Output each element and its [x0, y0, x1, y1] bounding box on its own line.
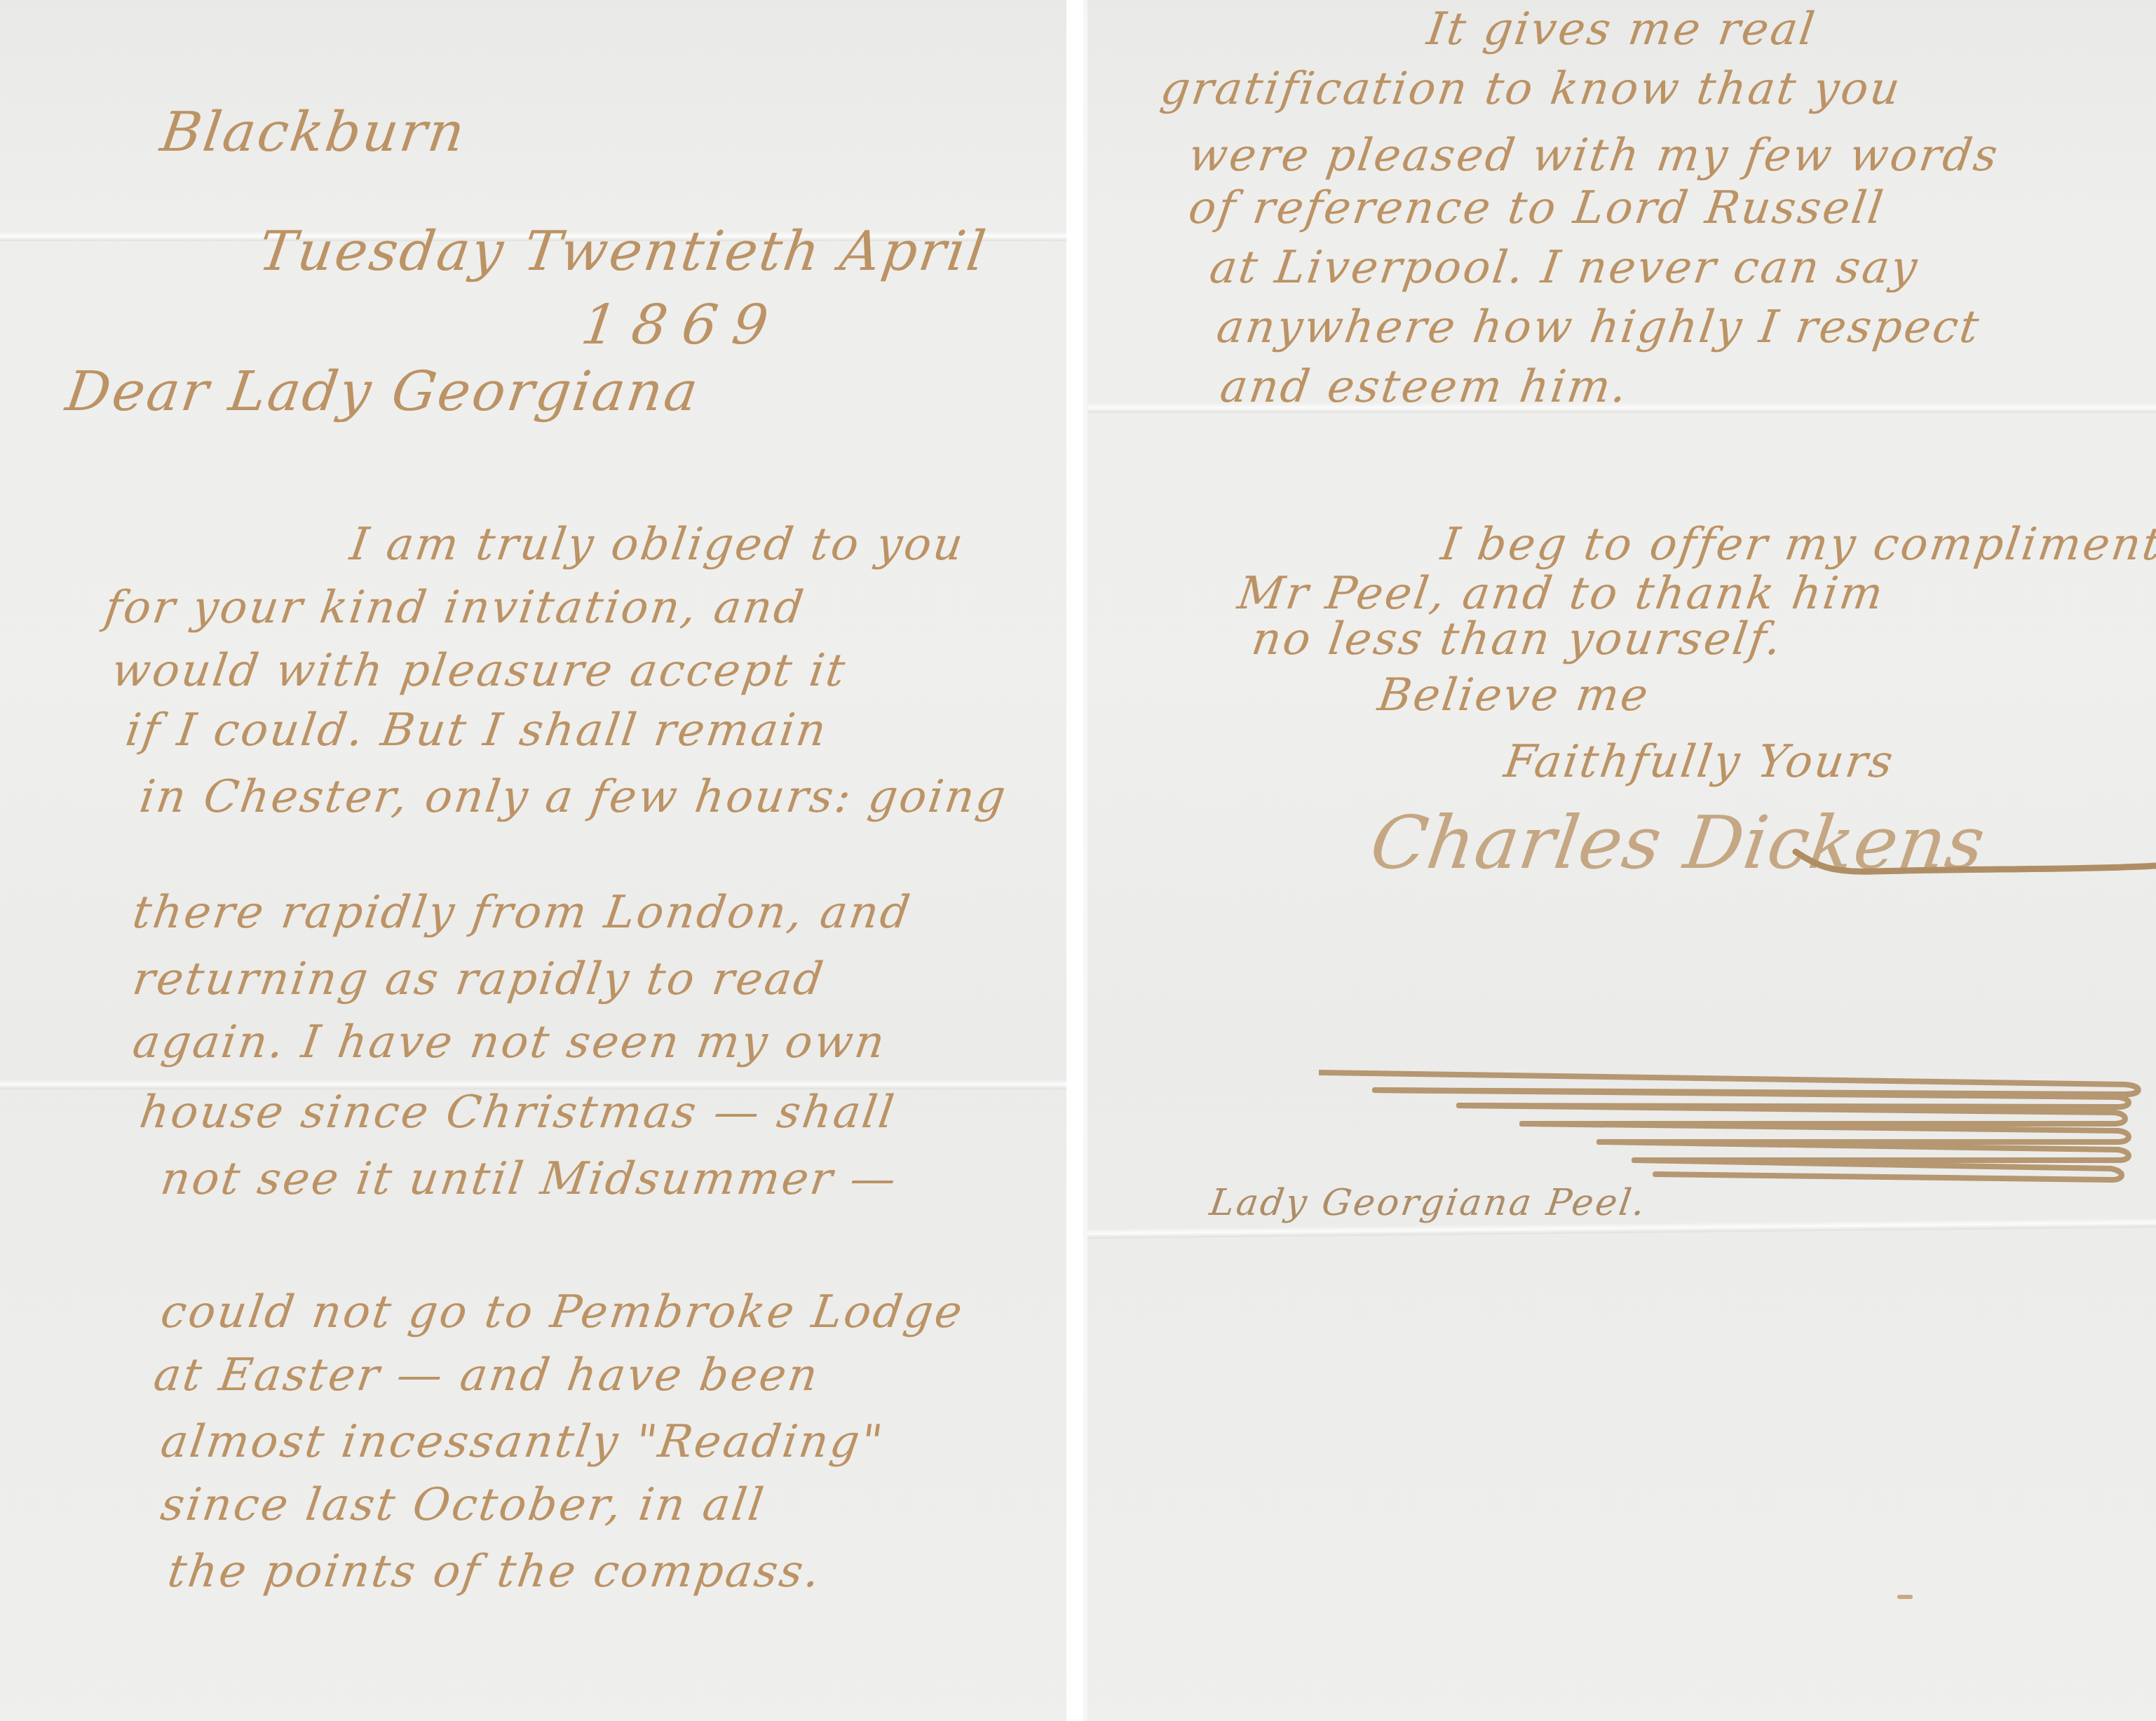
letter-line: could not go to Pembroke Lodge: [158, 1290, 967, 1335]
letter-page-left: Blackburn Tuesday Twentieth April 1869 D…: [0, 0, 1066, 1721]
letter-place: Blackburn: [158, 105, 470, 160]
letter-line: at Liverpool. I never can say: [1207, 245, 1922, 290]
letter-salutation: Dear Lady Georgiana: [63, 365, 703, 419]
letter-line: at Easter — and have been: [151, 1353, 822, 1398]
letter-line: would with pleasure accept it: [109, 648, 850, 693]
letter-line: not see it until Midsummer —: [158, 1157, 901, 1202]
letter-line: Mr Peel, and to thank him: [1235, 571, 1888, 616]
signature-tail-stroke-icon: [1789, 845, 2156, 887]
letter-line: almost incessantly "Reading": [158, 1420, 888, 1464]
letter-line: if I could. But I shall remain: [123, 708, 831, 753]
letter-line: the points of the compass.: [165, 1549, 825, 1594]
letter-closing: Believe me: [1376, 673, 1653, 718]
letter-addressee: Lady Georgiana Peel.: [1207, 1185, 1649, 1221]
letter-line: gratification to know that you: [1158, 67, 1905, 111]
letter-line: again. I have not seen my own: [130, 1020, 890, 1065]
page-divider: [1066, 0, 1083, 1721]
letter-line: there rapidly from London, and: [130, 890, 915, 935]
letter-line: house since Christmas — shall: [137, 1090, 899, 1135]
letter-line: were pleased with my few words: [1186, 133, 2002, 178]
signature-flourish-icon: [1319, 1069, 2156, 1188]
letter-line: anywhere how highly I respect: [1214, 305, 1984, 350]
ink-spot: [1897, 1595, 1913, 1599]
letter-line: for your kind invitation, and: [102, 585, 808, 630]
letter-line: in Chester, only a few hours: going: [137, 775, 1010, 819]
letter-valediction: Faithfully Yours: [1502, 740, 1898, 784]
letter-line: and esteem him.: [1218, 365, 1632, 409]
letter-page-right: It gives me real gratification to know t…: [1083, 0, 2156, 1721]
letter-line: no less than yourself.: [1249, 617, 1787, 662]
letter-line: I am truly obliged to you: [348, 522, 968, 567]
letter-line: It gives me real: [1425, 7, 1819, 52]
letter-line: returning as rapidly to read: [130, 957, 828, 1002]
letter-year: 1869: [578, 298, 787, 353]
letter-line: I beg to offer my compliments to: [1439, 522, 2156, 567]
letter-date: Tuesday Twentieth April: [256, 224, 991, 279]
letter-line: since last October, in all: [158, 1483, 768, 1528]
letter-line: of reference to Lord Russell: [1186, 186, 1888, 231]
